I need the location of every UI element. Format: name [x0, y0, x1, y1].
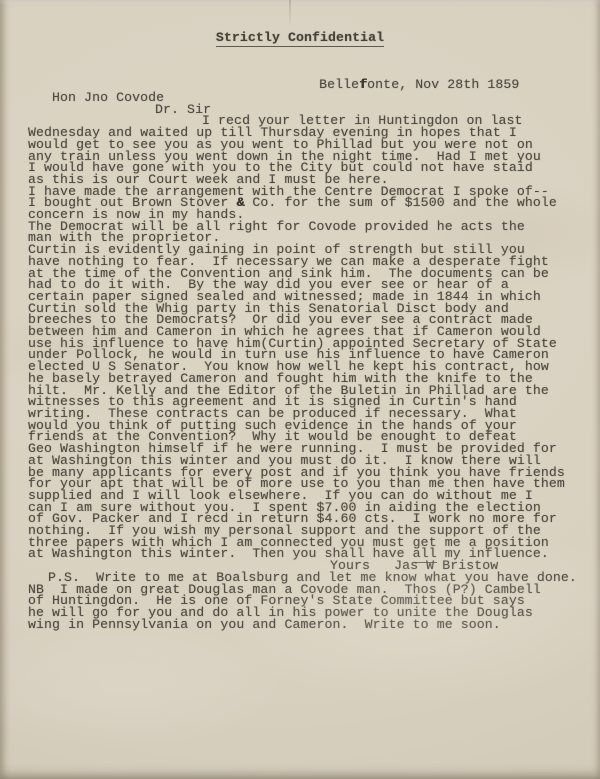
dateline: Bellefonte, Nov 28th 1859	[287, 64, 600, 78]
letter-text: Hon Jno Covode Dr. Sir I recd your lette…	[28, 92, 580, 630]
recipient: Hon Jno Covode	[28, 92, 580, 104]
letter-page: Strictly Confidential Bellefonte, Nov 28…	[0, 0, 600, 779]
letter-body: I recd your letter in Huntingdon on last…	[28, 115, 580, 630]
dateline-post: onte, Nov 28th 1859	[367, 77, 519, 92]
confidential-heading-text: Strictly Confidential	[216, 30, 384, 47]
body-line: wing in Pennsylvania on you and Cameron.…	[28, 619, 580, 631]
confidential-heading: Strictly Confidential	[0, 0, 600, 45]
dateline-pre: Belle	[319, 77, 359, 92]
dateline-overstrike: f	[359, 77, 367, 92]
